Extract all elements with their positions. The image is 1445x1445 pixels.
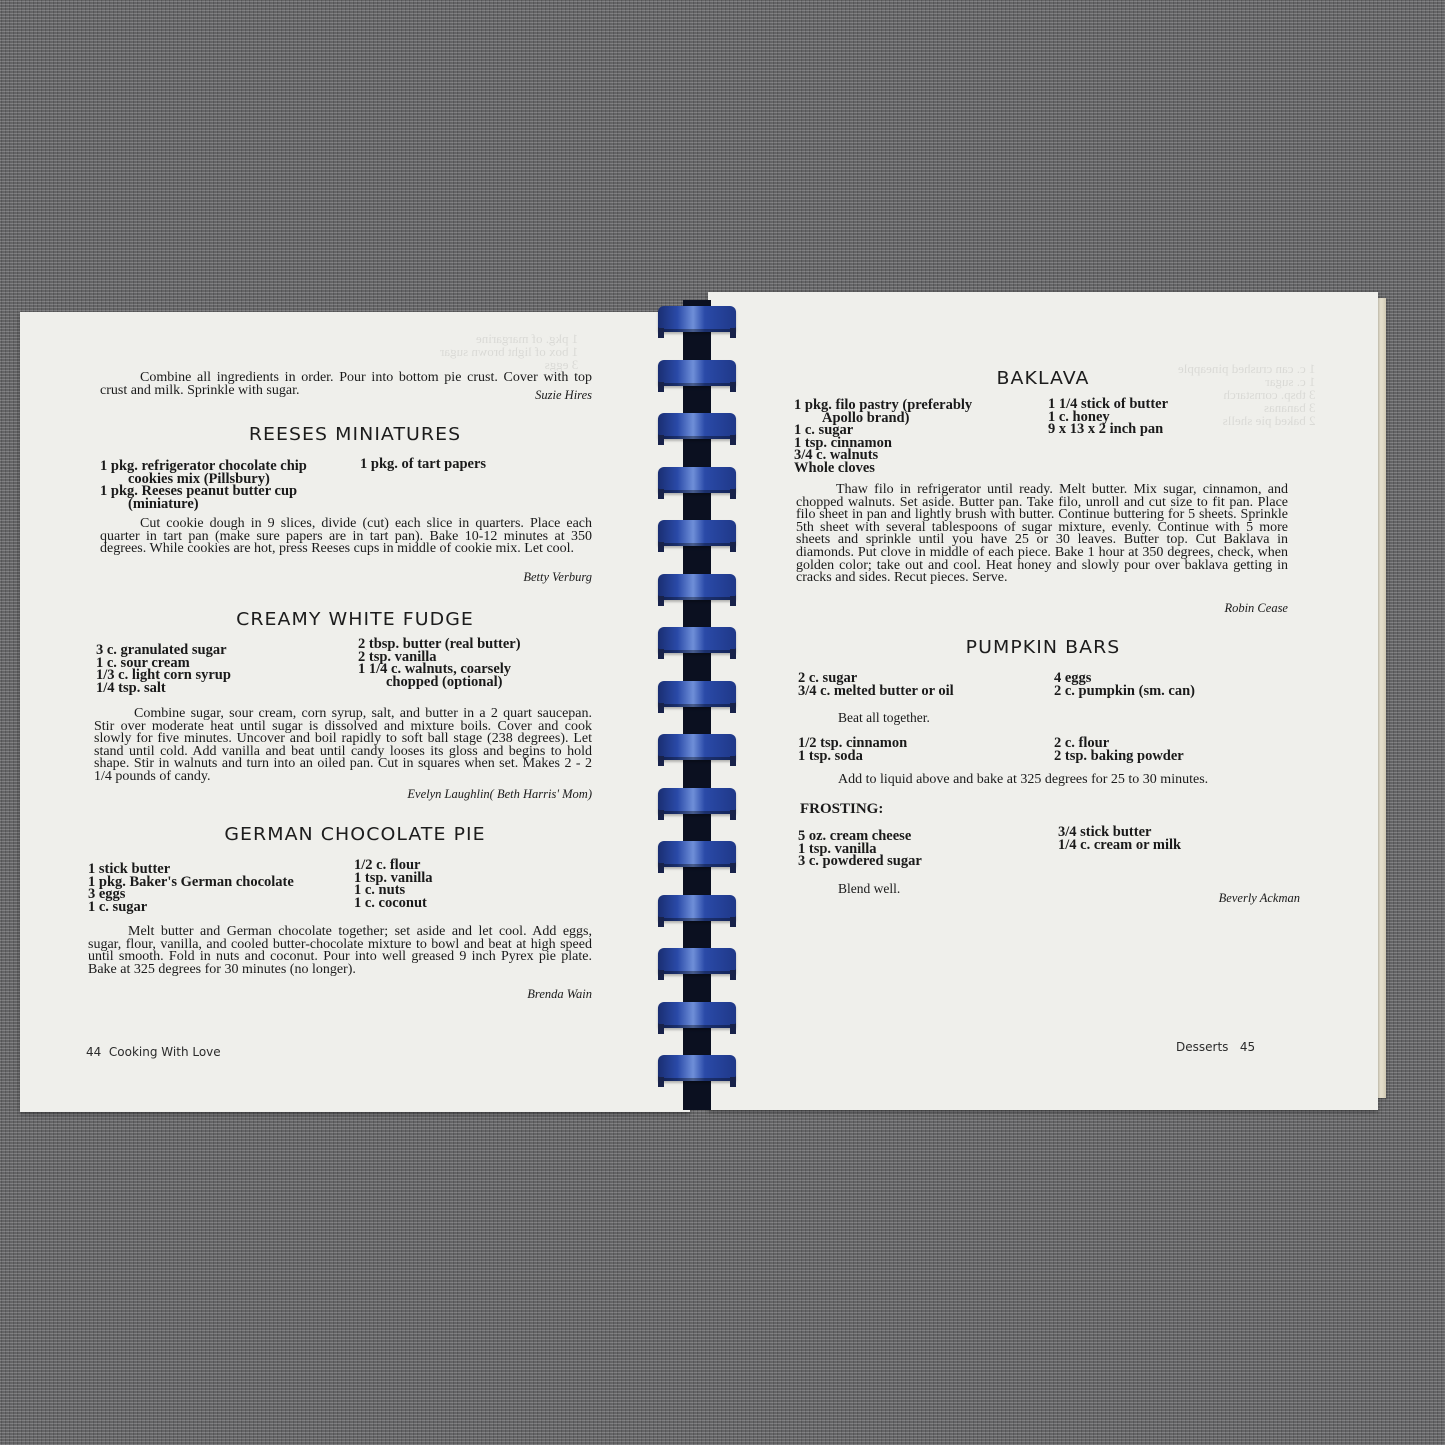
binding-ring bbox=[658, 1055, 736, 1081]
binding-ring bbox=[658, 948, 736, 974]
recipe-title-reeses: REESES MINIATURES bbox=[3, 424, 707, 445]
ingredients-pumpkin-left-1: 2 c. sugar 3/4 c. melted butter or oil bbox=[798, 672, 954, 697]
directions-pie: Melt butter and German chocolate togethe… bbox=[88, 926, 592, 976]
binding-ring bbox=[658, 788, 736, 814]
page-number: 44 bbox=[86, 1045, 101, 1059]
ingredients-pumpkin-right-1: 4 eggs 2 c. pumpkin (sm. can) bbox=[1054, 672, 1195, 697]
ingredients-baklava-left: 1 pkg. filo pastry (preferably Apollo br… bbox=[794, 399, 972, 474]
step-bake: Add to liquid above and bake at 325 degr… bbox=[838, 773, 1208, 786]
ingredients-fudge-left: 3 c. granulated sugar 1 c. sour cream 1/… bbox=[96, 644, 231, 694]
show-through-text: 1 pkg. of margarine 1 box of light brown… bbox=[440, 332, 578, 371]
recipe-title-fudge: CREAMY WHITE FUDGE bbox=[3, 609, 707, 630]
page-footer-right: Desserts 45 bbox=[1176, 1040, 1255, 1054]
binding-ring bbox=[658, 360, 736, 386]
signature-reeses: Betty Verburg bbox=[420, 570, 592, 585]
section-name: Desserts bbox=[1176, 1040, 1228, 1054]
binding-ring bbox=[658, 681, 736, 707]
frosting-ingredients-left: 5 oz. cream cheese 1 tsp. vanilla 3 c. p… bbox=[798, 830, 922, 868]
recipe-title-baklava: BAKLAVA bbox=[691, 368, 1395, 389]
binding-ring bbox=[658, 574, 736, 600]
ingredients-reeses-left: 1 pkg. refrigerator chocolate chip cooki… bbox=[100, 460, 307, 510]
page-footer-left: 44 Cooking With Love bbox=[86, 1045, 221, 1059]
binding-ring bbox=[658, 734, 736, 760]
ingredients-pumpkin-left-2: 1/2 tsp. cinnamon 1 tsp. soda bbox=[798, 737, 907, 762]
book-title: Cooking With Love bbox=[109, 1045, 221, 1059]
ingredients-pie-right: 1/2 c. flour 1 tsp. vanilla 1 c. nuts 1 … bbox=[354, 859, 433, 909]
signature-pie: Brenda Wain bbox=[420, 987, 592, 1002]
directions-reeses: Cut cookie dough in 9 slices, divide (cu… bbox=[100, 518, 592, 556]
signature-fudge: Evelyn Laughlin( Beth Harris' Mom) bbox=[320, 787, 592, 802]
binding-ring bbox=[658, 413, 736, 439]
ingredients-reeses-right: 1 pkg. of tart papers bbox=[360, 458, 486, 471]
binding-ring bbox=[658, 895, 736, 921]
step-beat-all-together: Beat all together. bbox=[838, 711, 930, 724]
ingredients-baklava-right: 1 1/4 stick of butter 1 c. honey 9 x 13 … bbox=[1048, 398, 1168, 436]
binding-ring bbox=[658, 841, 736, 867]
ingredients-pie-left: 1 stick butter 1 pkg. Baker's German cho… bbox=[88, 863, 294, 913]
binding-ring bbox=[658, 467, 736, 493]
binding-ring bbox=[658, 520, 736, 546]
signature-baklava: Robin Cease bbox=[1116, 601, 1288, 616]
directions-fudge: Combine sugar, sour cream, corn syrup, s… bbox=[94, 708, 592, 784]
binding-ring bbox=[658, 306, 736, 332]
signature-pumpkin-bars: Beverly Ackman bbox=[1128, 891, 1300, 906]
binding-ring bbox=[658, 627, 736, 653]
directions-baklava: Thaw filo in refrigerator until ready. M… bbox=[796, 484, 1288, 585]
left-page: 1 pkg. of margarine 1 box of light brown… bbox=[20, 312, 690, 1112]
binding-ring bbox=[658, 1002, 736, 1028]
ingredients-pumpkin-right-2: 2 c. flour 2 tsp. baking powder bbox=[1054, 737, 1184, 762]
right-page: 1 c. can crushed pineapple 1 c. sugar 3 … bbox=[708, 292, 1378, 1110]
frosting-ingredients-right: 3/4 stick butter 1/4 c. cream or milk bbox=[1058, 826, 1181, 851]
step-blend-well: Blend well. bbox=[838, 882, 900, 895]
ingredients-fudge-right: 2 tbsp. butter (real butter) 2 tsp. vani… bbox=[358, 638, 521, 688]
page-number: 45 bbox=[1240, 1040, 1255, 1054]
recipe-title-german-chocolate-pie: GERMAN CHOCOLATE PIE bbox=[3, 824, 707, 845]
recipe-title-pumpkin-bars: PUMPKIN BARS bbox=[691, 637, 1395, 658]
frosting-heading: FROSTING: bbox=[800, 801, 883, 818]
intro-signature: Suzie Hires bbox=[420, 388, 592, 403]
